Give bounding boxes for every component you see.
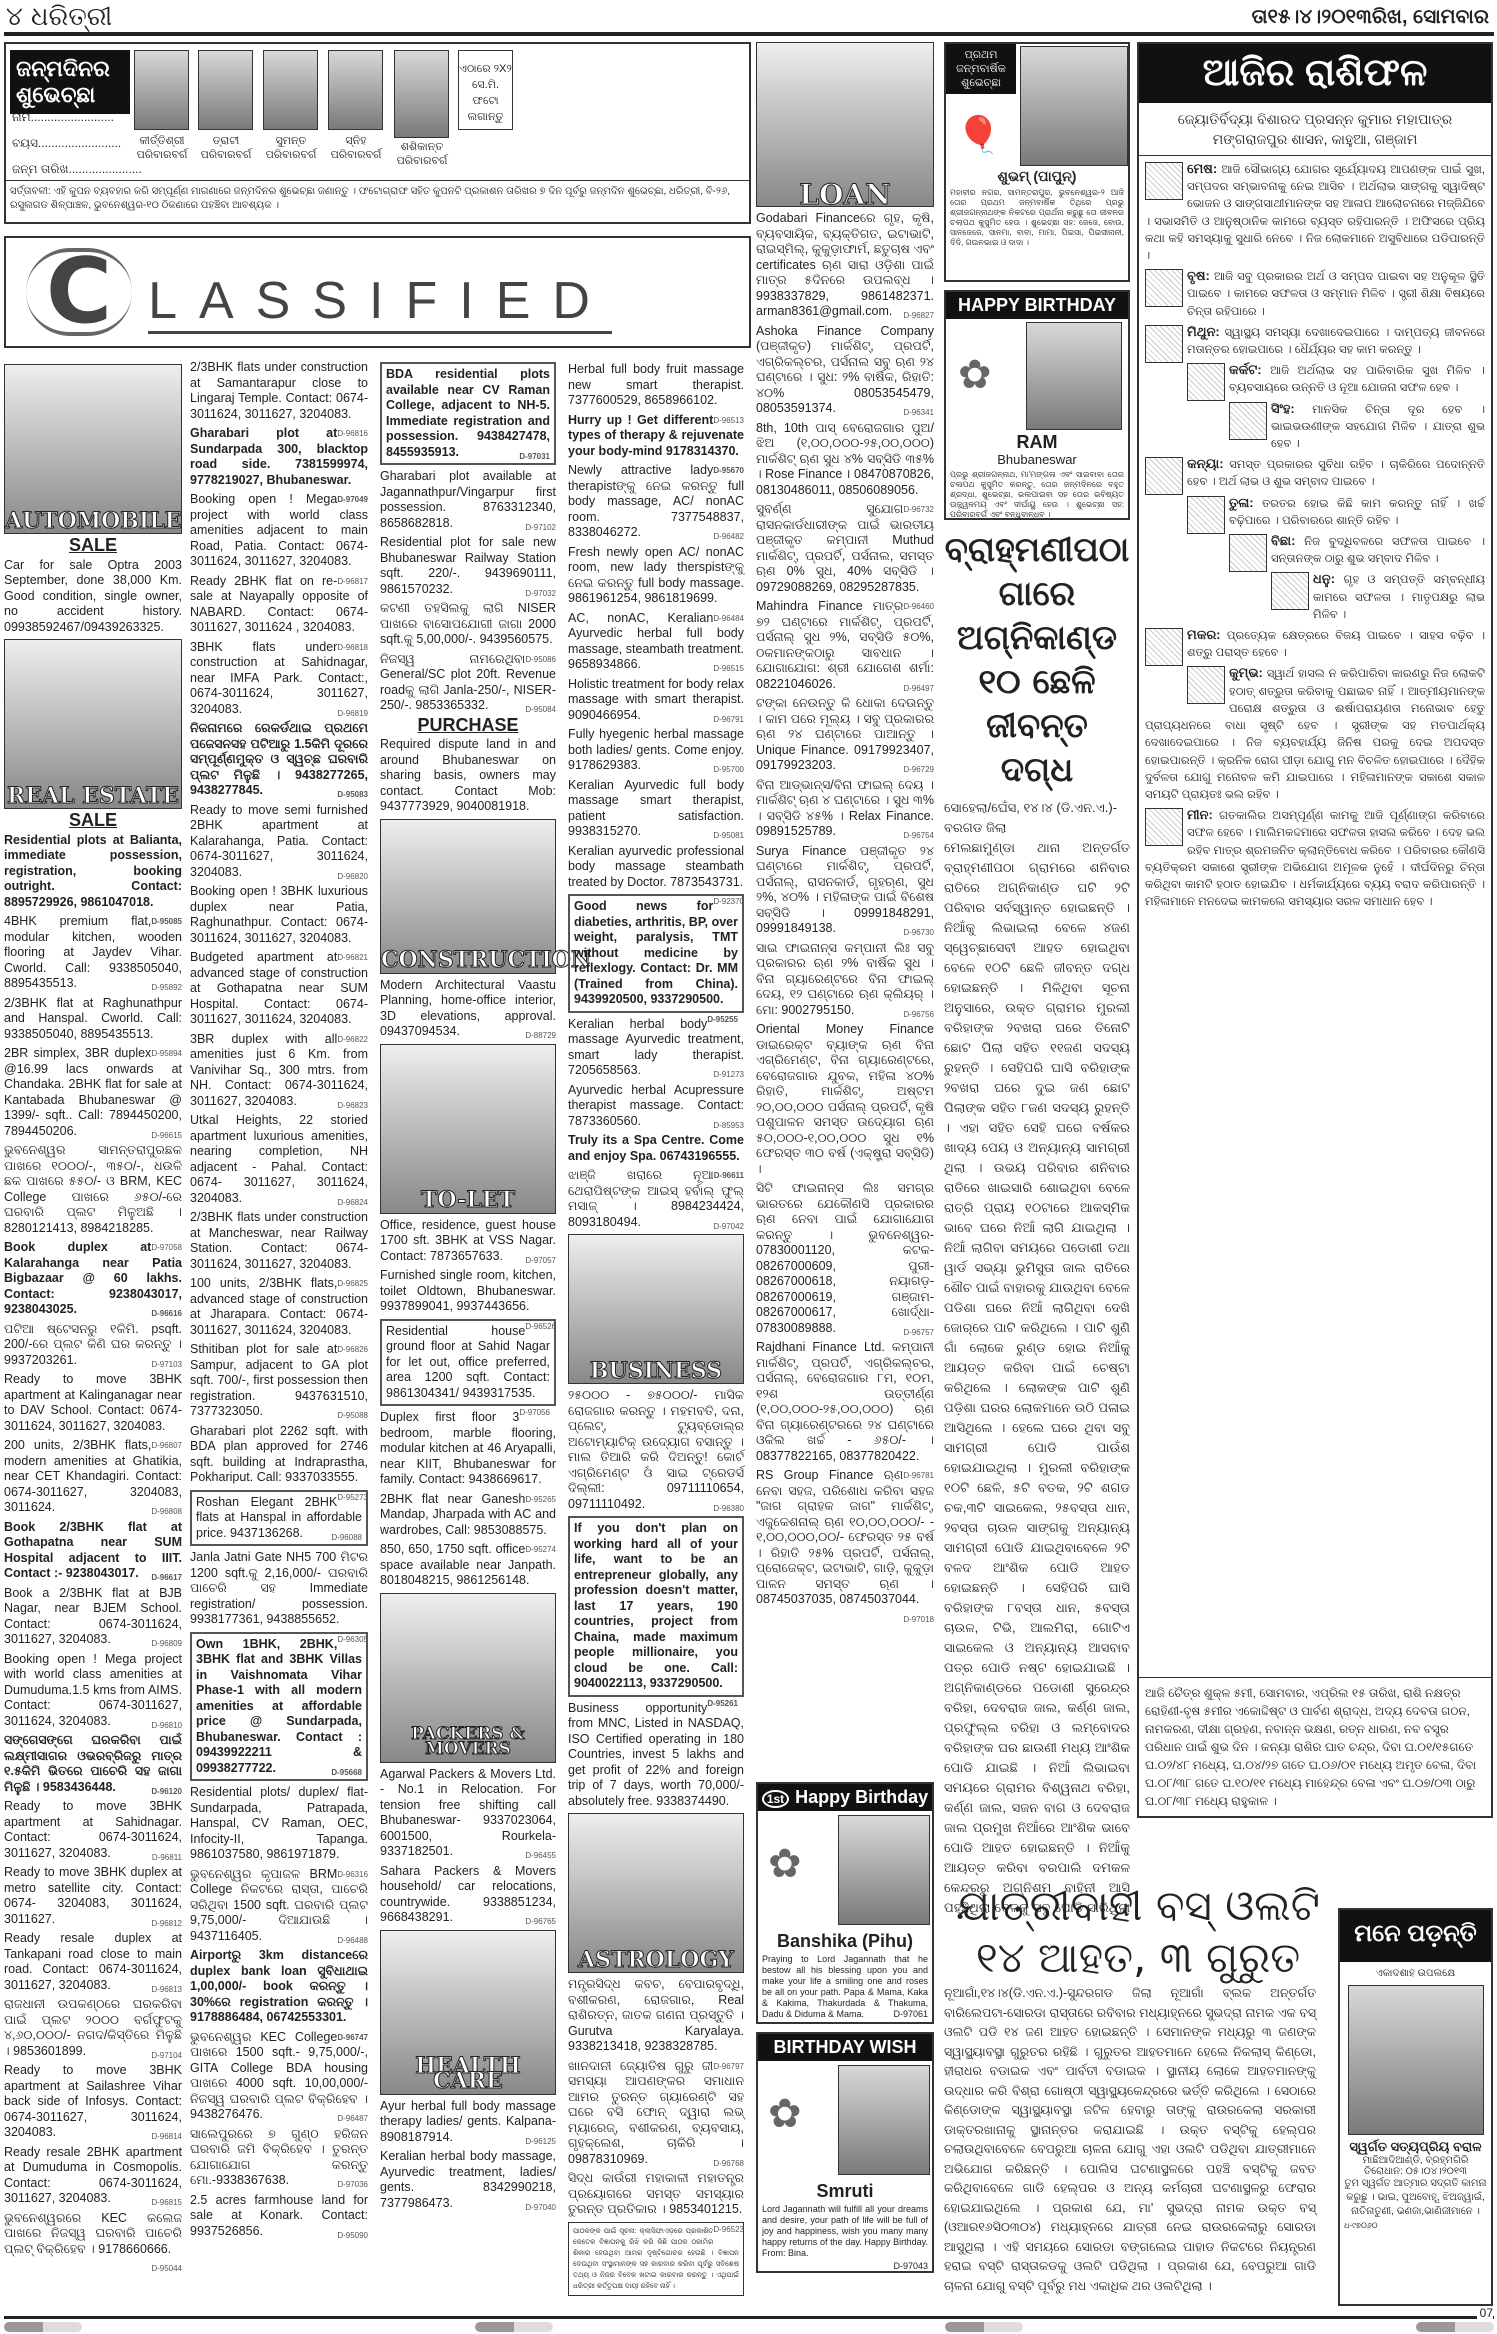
horoscope-capricorn: ମକର: ପ୍ରତ୍ୟେକ କ୍ଷେତ୍ରରେ ବିଜୟ ପାଇବେ । ସାହ… [1145,626,1485,662]
classified-ad: Sahara Packers & Movers household/ car r… [380,1864,556,1926]
classified-ad: Business opportunity from MNC, Listed in… [568,1701,744,1810]
greet-header: BIRTHDAY WISH [758,2034,932,2061]
classified-ad: Car for sale Optra 2003 September, done … [4,558,182,636]
classified-ad: Book a 2/3BHK flat at BJB Nagar, near BJ… [4,1586,182,1648]
greet-header: Happy Birthday [795,1787,928,1807]
photo-placeholder: ଏଠାରେ ୨X୨ ସେ.ମି. ଫଟୋ ଲଗାନ୍ତୁ [458,50,513,130]
classified-ad: Holistic treatment for body relax massag… [568,677,744,724]
classified-ad: Herbal full body fruit massage new smart… [568,362,744,409]
greet-name: Smruti [758,2181,932,2202]
classified-ad: Utkal Heights, 22 storied apartment luxu… [190,1113,368,1206]
classified-ad: Ayur herbal full body massage therapy la… [380,2099,556,2146]
photo-caption: ସ୍ନିହପରିବାରବର୍ଗ [326,134,386,162]
person-photo [394,50,449,138]
classified-ad: Ashoka Finance Company (ପଞ୍ଜୀକୃତ) ମାର୍କଶ… [756,324,934,417]
age-field[interactable]: ବୟସ......................... [12,130,142,156]
aries-icon [1145,162,1183,200]
photo-caption: ତ୍ରାଟୀପରିବାରବର୍ଗ [196,134,256,162]
obituary-header: ମନେ ପଡ଼ନ୍ତି [1340,1910,1491,1962]
news-headline: ୧୪ ଆହତ, ୩ ଗୁରୁତ [944,1932,1332,1984]
photo-caption: ସୁମନ୍ତପରିବାରବର୍ଗ [261,134,321,162]
packers-movers-image: PACKERS & MOVERS [380,1593,556,1763]
classified-ad: Ready resale 2BHK apartment at Dumuduma … [4,2145,182,2207]
classified-ad: Keralian Ayurvedic full body massage sma… [568,778,744,840]
top-rule [4,32,1494,36]
banshika-birthday-ad: 1stHappy Birthday ✿ Banshika (Pihu) Pray… [756,1782,934,2024]
leo-icon [1229,402,1267,440]
news-headline: ବ୍ରାହ୍ମଣୀପଠା ଗାରେ ଅଗ୍ନିକାଣ୍ଡ ୧୦ ଛେଳି ଜୀବ… [944,528,1130,792]
birthday-coupon: ଜନ୍ମଦିନର ଶୁଭେଚ୍ଛା ନାମ...................… [4,42,751,224]
column-plots-tolet: BDA residential plots available near CV … [380,362,556,2215]
classified-ad: Ayurvedic herbal Acupressure therapist m… [568,1083,744,1130]
classified-ad: Truly its a Spa Centre. Come and enjoy S… [568,1133,744,1164]
classified-logo-c: C [26,248,132,336]
flower-icon: ✿ [768,1841,802,1887]
classified-ad: ରାଜଧାନୀ ଉପକଣ୍ଠରେ ଘରକରିବା ପାଇଁ ପ୍ଲଟ ୨୦୦୦ … [4,1997,182,2059]
classified-ad: ପଟିଆ ଷ୍ଟେସନରୁ ୧କିମି. psqft. 200/-ରେ ପ୍ଲଟ… [4,1322,182,1369]
classified-ad: Gharabari plot available at Jagannathpur… [380,469,556,531]
construction-image: CONSTRUCTION [380,819,556,974]
classified-ad: ୨୫୦୦୦ - ୭୫୦୦୦/- ମାସିକ ରୋଜଗାର କରନ୍ତୁ । ମହ… [568,1388,744,1512]
classified-ad: Book 2/3BHK flat at Gothapatna near SUM … [4,1520,182,1582]
horoscope-panel: ଆଜିର ରାଶିଫଳ ଜ୍ୟୋତିର୍ବିଦ୍ୟା ବିଶାରଦ ପ୍ରସନ୍… [1137,42,1493,1818]
photo-caption: କୀର୍ତ୍ତିଶ୍ରୀପରିବାରବର୍ଗ [132,134,192,162]
pisces-icon [1145,808,1183,846]
news-headline: ଯାତ୍ରୀବାହୀ ବସ୍ ଓଲଟି [944,1880,1332,1932]
sagittarius-icon [1271,572,1309,610]
classified-ad: Janla Jatni Gate NH5 700 ମିଟର 1200 sqft.… [190,1550,368,1628]
classified-ad: Modern Architectural Vaastu Planning, ho… [380,978,556,1040]
child-photo [1026,322,1122,430]
greet-name: RAM [946,432,1128,453]
horoscope-sagittarius: ଧନୁ: ଗୃହ ଓ ସମ୍ପତ୍ତି ସମ୍ବନ୍ଧୀୟ କାମରେ ସଫଳତ… [1145,570,1485,624]
horoscope-aries: ମେଷ: ଆଜି ସୌଭାଗ୍ୟ ଯୋଗର ସୂର୍ଯ୍ୟୋଦୟ ଆପଣଙ୍କ … [1145,160,1485,265]
health-care-image: HEALTH CARE [380,1930,556,2095]
news-dateline: ସୋହେଲା/ଘେଁସ, ୧୪।୪ (ଡି.ଏନ.ଏ.)-ବରଗଡ ଜିଲା [944,798,1130,838]
obituary-message: ତୁମ ସ୍ୱର୍ଗତ ଆତ୍ମାର ସଦ୍‌ଗତି କାମନା କରୁଛୁ ।… [1340,2177,1491,2219]
obituary-ad: ମନେ ପଡ଼ନ୍ତି ଏକାଦଶାହ ଉପଲକ୍ଷେ ସ୍ୱର୍ଗତ ସତ୍ୟ… [1338,1908,1493,2306]
shubham-label: ପ୍ରଥମ ଜନ୍ମବାର୍ଷିକ ଶୁଭେଚ୍ଛା [946,44,1016,94]
dob-field[interactable]: ଜନ୍ମ ତାରିଖ...................... [12,156,142,182]
greet-name: Banshika (Pihu) [758,1931,932,1952]
horoscope-list: ମେଷ: ଆଜି ସୌଭାଗ୍ୟ ଯୋଗର ସୂର୍ଯ୍ୟୋଦୟ ଆପଣଙ୍କ … [1139,156,1491,917]
person-photo [328,50,383,130]
greet-place: Bhubaneswar [946,452,1128,467]
ad-code: D-97043 [758,2261,932,2271]
classified-ad: Good news for diabeties, arthritis, BP, … [568,894,744,1013]
smruti-birthday-ad: BIRTHDAY WISH ✿ Smruti Lord Jagannath wi… [756,2032,934,2273]
tolet-image: TO-LET [380,1044,556,1214]
horoscope-scorpio: ବିଛା: ନିଜ ବୁଦ୍ଧିବଳରେ ସଫଳତା ପାଇବେ । ସନ୍ତା… [1145,532,1485,568]
classified-ad: Oriental Money Finance ଡାଇରେକ୍ଟ ବ୍ୟାଙ୍କ … [756,1022,934,1177]
classified-ad: 2.5 acres farmhouse land for sale at Kon… [190,2193,368,2240]
classified-ad: Residential plots/ duplex/ flat- Sundarp… [190,1785,368,1863]
scroll-handle[interactable] [475,2322,553,2332]
scorpio-icon [1229,534,1267,572]
child-photo [134,50,189,130]
purchase-heading: PURCHASE [380,718,556,734]
classified-ad: Keralian herbal body massage, Ayurvedic … [380,2149,556,2211]
child-photo [838,1815,930,1925]
date-line: ତା୧୫।୪।୨୦୧୩ରିଖ, ସୋମବାର [1252,6,1489,29]
classified-ad: Ready to move 3BHK apartment at Kalingan… [4,1372,182,1434]
page-and-paper-name: ୪ ଧରିତ୍ରୀ [6,2,112,33]
classified-ad: ଭୁବନେଶ୍ୱରରେ KEC କଲେଜ ପାଖରେ ନିଜସ୍ୱ ଘରବାରି… [4,2211,182,2258]
classified-ad: କଟଣୀ ତହସିଲକୁ ଲାଗି NISER ପାଖରେ ବାସୋପଯୋଗୀ … [380,601,556,648]
bottom-rule [4,2316,1494,2319]
classified-ad: RS Group Finance ଋଣ ନେବା ସହଜ, ପରିଶୋଧ କରି… [756,1468,934,1608]
flower-icon: ✿ [958,352,992,398]
horoscope-aquarius: କୁମ୍ଭ: ସ୍ୱାର୍ଥ ହାସଲ ନ କରିପାରିବା କାରଣରୁ ନ… [1145,664,1485,804]
classified-ad: Agarwal Packers & Movers Ltd. - No.1 in … [380,1767,556,1860]
realestate-image: REAL ESTATE [4,639,182,809]
classified-ad: Own 1BHK, 2BHK, 3BHK flat and 3BHK Villa… [190,1632,368,1782]
horoscope-libra: ତୁଳା: ତରତର ହୋଇ କିଛି କାମ କରନ୍ତୁ ନାହିଁ । ଖ… [1145,494,1485,530]
greet-message: ପ୍ରଭୁ ଶ୍ରୀଜଗନ୍ନାଥ, ମା'ମଙ୍ଗଳା ଏବଂ ସାଇବାବା… [946,468,1128,522]
classified-ad: Duplex first floor 3 bedroom, marble flo… [380,1410,556,1488]
column-realestate-2: 2/3BHK flats under construction at Saman… [190,360,368,2243]
scroll-handle[interactable] [945,2322,1023,2332]
classified-ad: Surya Finance ପଞ୍ଜୀକୃତ ୨୪ ଘଣ୍ଟାରେ ମାର୍କଶ… [756,844,934,937]
classified-ad: Booking open ! Mega project with world c… [4,1652,182,1730]
horoscope-leo: ସିଂହ: ମାନସିକ ଚିନ୍ତା ଦୂର ହେବ । ଭାଇଭଉଣୀଙ୍କ… [1145,400,1485,454]
classified-ad: ନିଜନାମରେ ରେକର୍ଡଥାଇ ପ୍ରଥମେ ପଜେସନସହ ପଟିଆରୁ… [190,721,368,799]
ad-code: ଧ-୯୭୦୬୦ [1340,2219,1491,2233]
horoscope-taurus: ବୃଷ: ଆଜି ସବୁ ପ୍ରକାରର ଅର୍ଥ ଓ ସମ୍ପଦ ପାଇବା … [1145,267,1485,321]
obituary-place: ମାଛିଆଦିଆଣ୍ଡି, ବ୍ରହ୍ମଗିରି [1340,2155,1491,2166]
greet-message: Praying to Lord Jagannath that he bestow… [758,1952,932,2022]
classified-ad: Residential plot for sale new Bhubaneswa… [380,535,556,597]
classified-ad: ସଙ୍ଗେସଙ୍ଗେ ଘରକରିବା ପାଇଁ ଲକ୍ଷ୍ମୀସାଗର ଓଭରବ… [4,1733,182,1795]
greet-message: ମହାବୀର ନଗର, ସାମନ୍ତରାପୁର, ଭୁବନେଶ୍ୱର-୨ ଆଜି… [946,186,1128,250]
horoscope-cancer: କର୍କଟ: ଆଜି ଅର୍ଥଲାଭ ସହ ପାରିବାରିକ ସୁଖ ମିଳି… [1145,361,1485,397]
horoscope-virgo: କନ୍ୟା: ସମସ୍ତ ପ୍ରକାରର ସୁବିଧା ରହିବ । ଚାକିର… [1145,455,1485,491]
scroll-handle[interactable] [4,2322,82,2332]
classified-ad: Gharabari plot 2262 sqft. with BDA plan … [190,1424,368,1486]
news-body: ନୂଆଗାଁ,୧୪।୪(ଡି.ଏନ.ଏ.)-ସୁନ୍ଦରଗଡ ଜିଲା ନୂଆଗ… [944,1984,1316,2296]
taurus-icon [1145,269,1183,307]
flower-icon: ✿ [768,2091,802,2137]
photo-caption: ଶଶିକାନ୍ତପରିବାରବର୍ଗ [392,140,452,168]
greetings-stack: 1stHappy Birthday ✿ Banshika (Pihu) Pray… [756,1782,934,2281]
classified-ad: Keralian ayurvedic professional body mas… [568,844,744,891]
classified-ad: Ready to move 3BHK duplex at metro satel… [4,1865,182,1927]
classified-ad: Ready to move semi furnished 2BHK apartm… [190,803,368,881]
classified-ad: Ready resale duplex at Tankapani road cl… [4,1931,182,1993]
obituary-occasion: ଏକାଦଶାହ ଉପଲକ୍ଷେ [1340,1968,1491,1979]
classified-ad: ସିଦ୍ଧ କାଉଁରୀ ମହାକାଳୀ ମହାତନ୍ତ୍ର ପ୍ରୟୋଗରେ … [568,2171,744,2218]
horoscope-pisces: ମୀନ: ଗତକାଲିର ଅସମ୍ପୂର୍ଣ୍ଣ କାମକୁ ଆଜି ପୂର୍ଣ… [1145,806,1485,911]
classified-ad: ମନ୍ତ୍ରସିଦ୍ଧ କବଚ, ବେପାରବୃଦ୍ଧି, ବଶୀକରଣ, ରୋ… [568,1977,744,2055]
astrology-image: ASTROLOGY [568,1813,744,1973]
classified-ad: Ready to move 3BHK apartment at Sahidnag… [4,1799,182,1861]
sale-heading: SALE [4,813,182,829]
automobile-image: AUTOMOBILE [4,364,182,534]
classified-ad: 8th, 10th ପାସ୍ ବେରୋଜଗାର ପୁଅ/ଝିଅ (୧,୦୦,୦୦… [756,421,934,499]
cancer-icon [1187,363,1225,401]
column-loan: LOAN Godabari Financeରେ ଗୃହ, କୃଷି, ବ୍ୟବସ… [756,42,934,1627]
child-photo [1020,46,1128,166]
first-badge: 1st [762,1790,789,1808]
classified-ad: ସାଲେପୁରରେ ୭ ଗୁଣ୍ଠ ହରିଜନ ଘରବାରି ଜମି ବିକ୍ର… [190,2127,368,2189]
classified-ad: Residential plots at Balianta, immediate… [4,833,182,911]
classified-banner: C LASSIFIED [4,236,751,348]
classified-ad: Office, residence, guest house 1700 sft.… [380,1218,556,1265]
column-health-business-astrology: Herbal full body fruit massage new smart… [568,362,744,2296]
bus-accident-story: ଯାତ୍ରୀବାହୀ ବସ୍ ଓଲଟି ୧୪ ଆହତ, ୩ ଗୁରୁତ ନୂଆଗ… [944,1880,1332,2296]
ram-birthday-ad: HAPPY BIRTHDAY ✿ RAM Bhubaneswar ପ୍ରଭୁ ଶ… [944,290,1130,520]
person-photo [263,50,318,130]
column-automobile-realestate: AUTOMOBILE SALE Car for sale Optra 2003 … [4,360,182,2277]
person-photo [1348,1985,1484,2135]
horoscope-gemini: ମିଥୁନ: ସ୍ୱାସ୍ଥ୍ୟ ସମସ୍ୟା ଦେଖାଦେଇପାରେ । ଦା… [1145,323,1485,359]
classified-title: LASSIFIED [148,271,612,334]
classified-ad: ଖାନଦାନୀ ଜ୍ୟୋତିଷ ଗୁରୁ ଜୀ ସମସ୍ୟା ଆପଣଙ୍କର ସ… [568,2059,744,2168]
person-photo [838,2065,930,2175]
classified-ad: ବିନା ଆଡ୍‌ଭାନ୍ସ/ବିନା ଫାଇଲ୍ ଦେୟ । ମାର୍କଶିଟ… [756,778,934,840]
classified-ad: Furnished single room, kitchen, toilet O… [380,1268,556,1315]
classified-ad: Rajdhani Finance Ltd. କମ୍ପାନୀ ମାର୍କଶିଟ୍,… [756,1340,934,1464]
classified-ad: If you don't plan on working hard all of… [568,1516,744,1697]
aquarius-icon [1187,666,1225,704]
classified-ad: ସାଇ ଫାଇନାନ୍ସ କମ୍ପାନୀ ଲିଃ ସବୁ ପ୍ରକାରର ଋଣ … [756,941,934,1019]
name-field[interactable]: ନାମ......................... [12,104,142,130]
classified-ad: 2/3BHK flat at Raghunathpur and Hanspal.… [4,996,182,1043]
sale-heading: SALE [4,538,182,554]
obituary-demise-date: ତିରୋଧାନ: ୦୫।୦୪।୨୦୧୩ [1340,2166,1491,2177]
scroll-handle[interactable] [1416,2322,1494,2332]
coupon-fields: ନାମ......................... ବୟସ........… [12,104,142,182]
classified-ad: Required dispute land in and around Bhub… [380,737,556,815]
capricorn-icon [1145,628,1183,666]
balloons-icon: 🎈 [956,114,1001,156]
classified-ad: BDA residential plots available near CV … [380,362,556,465]
astrologer-credit: ଜ୍ୟୋତିର୍ବିଦ୍ୟା ବିଶାରଦ ପ୍ରସନ୍ନ କୁମାର ମହାପ… [1139,103,1491,156]
classified-ad: Fully hyegenic herbal massage both ladie… [568,727,744,774]
virgo-icon [1145,457,1183,495]
news-body: ମେଲଛାମୁଣ୍ଡା ଥାନା ଅନ୍ତର୍ଗତ ବ୍ରାହ୍ମଣୀପଠା ଗ… [944,838,1130,1918]
classified-ad: Godabari Financeରେ ଗୃହ, କୃଷି, ବ୍ୟବସାୟିକ,… [756,211,934,320]
classified-ad: ସିଟି ଫାଇନାନ୍ସ ଲିଃ ସମଗ୍ର ଭାରତରେ ଯେକୌଣସି ପ… [756,1181,934,1336]
shubham-birthday-ad: ପ୍ରଥମ ଜନ୍ମବାର୍ଷିକ ଶୁଭେଚ୍ଛା 🎈 ଶୁଭମ୍ (ପାପୁ… [944,42,1130,282]
classified-ad: ଟଙ୍କା ନେଉନ୍ତୁ କି ଧୋକା ଦେଉନ୍ତୁ । କାମ ପରେ … [756,696,934,774]
classified-ad: 2/3BHK flats under construction at Saman… [190,360,368,422]
column-greetings-news: ପ୍ରଥମ ଜନ୍ମବାର୍ଷିକ ଶୁଭେଚ୍ଛା 🎈 ଶୁଭମ୍ (ପାପୁ… [944,42,1130,1918]
business-image: BUSINESS [568,1234,744,1384]
classified-ad: 2/3BHK flats under construction at Manch… [190,1210,368,1272]
page-number: 07 [1477,2306,1493,2320]
greet-message: Lord Jagannath will fulfill all your dre… [758,2202,932,2261]
greet-name: ଶୁଭମ୍ (ପାପୁନ୍) [946,168,1128,185]
classified-ad: Ready to move 3BHK apartment at Sailashr… [4,2063,182,2141]
horoscope-title: ଆଜିର ରାଶିଫଳ [1139,44,1491,103]
obituary-name: ସ୍ୱର୍ଗତ ସତ୍ୟପ୍ରିୟ ବରାଳ [1340,2139,1491,2155]
child-photo [198,50,253,130]
gemini-icon [1145,325,1183,363]
classified-ad: Airportରୁ 3km distanceରେ duplex bank loa… [190,1948,368,2026]
greet-header: HAPPY BIRTHDAY [946,292,1128,319]
coupon-terms: ସର୍ତ୍ତାବଳୀ: ଏହି କୁପନ ବ୍ୟବହାର କରି ସମ୍ପୂର୍… [6,180,749,217]
libra-icon [1187,496,1225,534]
classified-ad: ଭୁବନେଶ୍ୱର ସାମନ୍ତରାପୁରଛକ ପାଖରେ ୧୦୦୦/-, ୩୫… [4,1143,182,1236]
panjika-almanac: ଆଜି ଚୈତ୍ର ଶୁକ୍ଳ ୫ମୀ, ସୋମବାର, ଏପ୍ରିଲ ୧୫ ତ… [1139,1677,1491,1816]
loan-image: LOAN [756,42,934,207]
classified-ad: Booking open ! 3BHK luxurious duplex nea… [190,884,368,946]
classified-ad: Fresh newly open AC/ nonAC room, new lad… [568,545,744,607]
